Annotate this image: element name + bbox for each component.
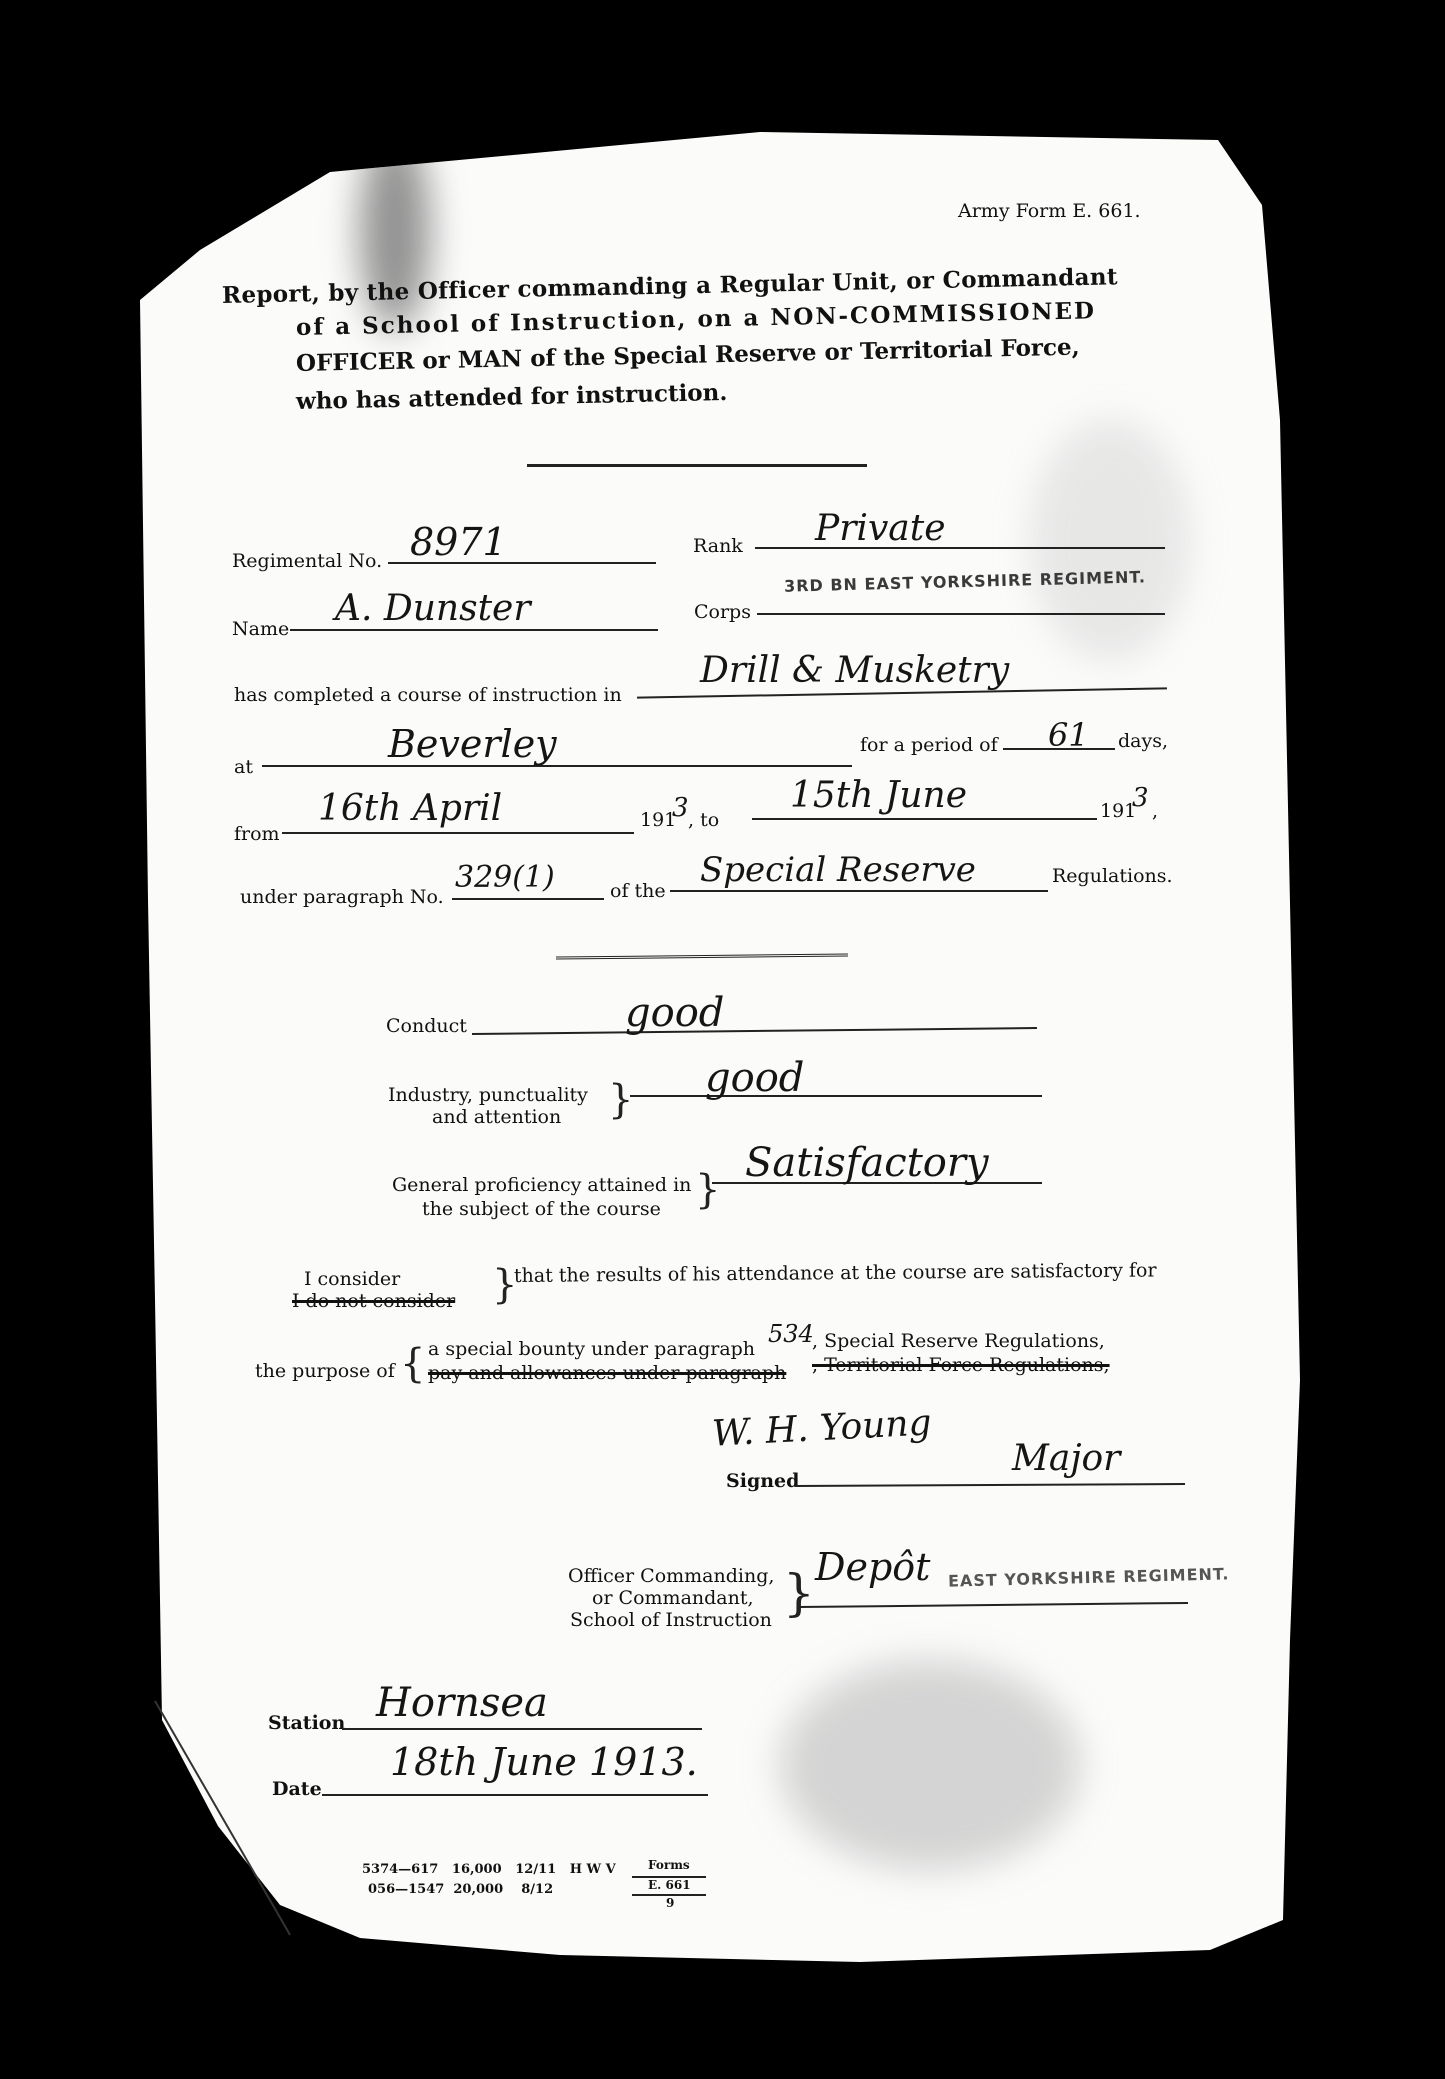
signed-label: Signed	[726, 1470, 799, 1492]
name-value[interactable]: A. Dunster	[335, 588, 531, 629]
pay-allowances-option[interactable]: pay and allowances under paragraph	[428, 1362, 786, 1384]
period-label: for a period of	[860, 734, 998, 756]
of-the-label: of the	[610, 880, 666, 902]
form-number: Army Form E. 661.	[958, 200, 1141, 222]
proficiency-value[interactable]: Satisfactory	[745, 1140, 989, 1186]
regulations-line	[670, 890, 1048, 892]
course-label: has completed a course of instruction in	[234, 684, 622, 706]
commanding-label-3: School of Instruction	[570, 1609, 772, 1631]
date-label: Date	[272, 1778, 322, 1800]
from-line	[282, 832, 634, 834]
regimental-no-value[interactable]: 8971	[410, 520, 507, 564]
corps-line	[757, 613, 1165, 615]
to-year-prefix: 191	[1100, 800, 1136, 822]
industry-line	[630, 1095, 1042, 1097]
commanding-value[interactable]: Depôt	[815, 1545, 930, 1589]
commanding-label-1: Officer Commanding,	[568, 1565, 774, 1587]
bounty-paragraph-value[interactable]: 534	[768, 1320, 814, 1348]
paragraph-line	[452, 898, 604, 900]
paragraph-label: under paragraph No.	[240, 886, 444, 908]
industry-value[interactable]: good	[705, 1055, 804, 1101]
period-value[interactable]: 61	[1048, 716, 1089, 754]
proficiency-label-1: General proficiency attained in	[392, 1174, 691, 1196]
from-year-prefix: 191	[640, 809, 676, 831]
purpose-label: the purpose of	[255, 1360, 395, 1382]
from-label: from	[234, 823, 280, 845]
corps-label: Corps	[694, 601, 751, 623]
commanding-label-2: or Commandant,	[592, 1587, 754, 1609]
territorial-regulations: , Territorial Force Regulations,	[812, 1354, 1110, 1376]
stain	[1030, 420, 1190, 660]
print-info-line-1: 5374—617 16,000 12/11 H W V	[362, 1862, 616, 1877]
print-info-line-2: 056—1547 20,000 8/12	[368, 1882, 553, 1897]
forms-number: E. 661	[648, 1878, 691, 1892]
consider-option[interactable]: I consider	[304, 1268, 400, 1290]
stain	[780, 1660, 1080, 1870]
at-label: at	[234, 756, 253, 778]
station-line	[342, 1728, 702, 1730]
name-line	[290, 629, 658, 631]
rank-label: Rank	[693, 535, 743, 557]
from-value[interactable]: 16th April	[318, 788, 502, 829]
from-year-digit[interactable]: 3	[672, 793, 689, 823]
days-label: days,	[1118, 730, 1168, 752]
bounty-regulations: , Special Reserve Regulations,	[812, 1330, 1105, 1352]
date-value[interactable]: 18th June 1913.	[390, 1740, 698, 1784]
commanding-brace: }	[783, 1568, 815, 1618]
proficiency-brace: }	[695, 1170, 720, 1210]
station-value[interactable]: Hornsea	[376, 1680, 548, 1726]
industry-label-1: Industry, punctuality	[388, 1084, 588, 1106]
purpose-brace: {	[400, 1344, 425, 1384]
at-line	[262, 765, 852, 767]
date-line	[322, 1794, 708, 1796]
to-line	[752, 818, 1097, 820]
course-value[interactable]: Drill & Musketry	[700, 650, 1009, 691]
to-year-digit[interactable]: 3	[1132, 783, 1149, 813]
paragraph-value[interactable]: 329(1)	[455, 860, 555, 895]
conduct-label: Conduct	[386, 1015, 467, 1037]
conduct-value[interactable]: good	[625, 990, 724, 1036]
to-suffix: ,	[1152, 800, 1158, 822]
rank-value[interactable]: Private	[815, 508, 946, 549]
station-label: Station	[268, 1712, 345, 1734]
to-label: , to	[688, 809, 719, 831]
do-not-consider-option[interactable]: I do not consider	[292, 1290, 455, 1312]
forms-page: 9	[666, 1896, 674, 1910]
bounty-option[interactable]: a special bounty under paragraph	[428, 1338, 755, 1360]
title-divider	[527, 464, 867, 467]
proficiency-label-2: the subject of the course	[422, 1198, 661, 1220]
regimental-no-label: Regimental No.	[232, 550, 382, 572]
regulations-suffix: Regulations.	[1052, 865, 1173, 887]
at-value[interactable]: Beverley	[388, 722, 557, 766]
signature-rank[interactable]: Major	[1012, 1438, 1120, 1479]
industry-brace: }	[608, 1080, 633, 1120]
industry-label-2: and attention	[432, 1106, 561, 1128]
forms-label: Forms	[648, 1858, 690, 1872]
regulations-value[interactable]: Special Reserve	[700, 850, 976, 890]
to-value[interactable]: 15th June	[790, 775, 967, 816]
name-label: Name	[232, 618, 289, 640]
